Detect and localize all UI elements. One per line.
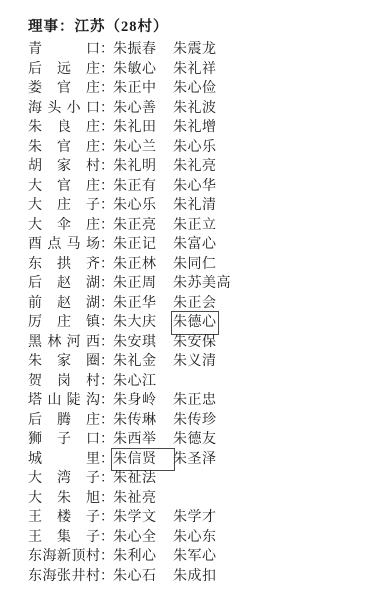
list-item: 大庄子：朱心乐朱礼清 [28,196,356,216]
director-name-2: 朱军心 [173,547,217,567]
village-name: 酉点马场 [28,235,100,255]
director-name-2: 朱义清 [173,352,217,372]
village-name: 塔山陡沟 [28,391,100,411]
list-item: 大伞庄：朱正亮朱正立 [28,216,356,236]
village-name: 胡家村 [28,157,100,177]
list-item: 朱良庄：朱礼田朱礼增 [28,118,356,138]
director-name-1: 朱礼明 [113,157,173,177]
village-name: 后赵湖 [28,274,100,294]
colon-separator: ： [100,430,113,450]
director-name-1: 朱心石 [113,567,173,587]
director-name-1: 朱心善 [113,99,173,119]
village-name: 青口 [28,40,100,60]
director-name-2: 朱礼增 [173,118,217,138]
director-name-1: 朱敏心 [113,60,173,80]
list-item: 东拱齐：朱正林朱同仁 [28,255,356,275]
director-name-1: 朱正有 [113,177,173,197]
directors-list: 青口：朱振春朱震龙 后远庄：朱敏心朱礼祥 娄官庄：朱正中朱心俭 海头小口：朱心善… [28,40,356,586]
list-item: 狮子口：朱西举朱德友 [28,430,356,450]
village-name: 大庄子 [28,196,100,216]
colon-separator: ： [100,313,113,333]
director-name-2: 朱圣泽 [173,450,217,470]
director-name-1: 朱心乐 [113,196,173,216]
director-name-1: 朱传琳 [113,411,173,431]
director-name-2: 朱正立 [173,216,217,236]
colon-separator: ： [100,391,113,411]
director-name-2: 朱苏美高 [173,274,231,294]
director-name-1: 朱正周 [113,274,173,294]
list-item: 大朱旭：朱祉亮 [28,489,356,509]
director-name-1: 朱正亮 [113,216,173,236]
list-item: 大湾子：朱祉法 [28,469,356,489]
list-item: 酉点马场：朱正记朱富心 [28,235,356,255]
village-name: 大伞庄 [28,216,100,236]
colon-separator: ： [100,157,113,177]
list-item: 大官庄：朱正有朱心华 [28,177,356,197]
colon-separator: ： [100,196,113,216]
colon-separator: ： [100,294,113,314]
list-item: 朱官庄：朱心兰朱心乐 [28,138,356,158]
colon-separator: ： [100,469,113,489]
village-name: 王楼子 [28,508,100,528]
colon-separator: ： [100,333,113,353]
list-item: 东海新顶村：朱利心朱军心 [28,547,356,567]
list-item: 娄官庄：朱正中朱心俭 [28,79,356,99]
director-name-1: 朱安琪 [113,333,173,353]
director-name-1: 朱正林 [113,255,173,275]
list-item: 胡家村：朱礼明朱礼亮 [28,157,356,177]
director-name-2: 朱德友 [173,430,217,450]
director-name-1: 朱祉亮 [113,489,173,509]
list-item: 黑林河西：朱安琪朱安保 [28,333,356,353]
colon-separator: ： [100,508,113,528]
list-item: 王楼子：朱学文朱学才 [28,508,356,528]
list-item: 朱家圈：朱礼金朱义清 [28,352,356,372]
director-name-2: 朱心俭 [173,79,217,99]
list-item: 贺岗村：朱心江 [28,372,356,392]
village-name: 王集子 [28,528,100,548]
village-name: 后远庄 [28,60,100,80]
village-name: 城里 [28,450,100,470]
page-title: 理事：江苏（28村） [28,16,356,38]
director-name-2: 朱心乐 [173,138,217,158]
director-name-2: 朱同仁 [173,255,217,275]
colon-separator: ： [100,138,113,158]
director-name-1: 朱振春 [113,40,173,60]
document-page: 理事：江苏（28村） 青口：朱振春朱震龙 后远庄：朱敏心朱礼祥 娄官庄：朱正中朱… [0,0,366,610]
director-name-2: 朱成扣 [173,567,217,587]
village-name: 东海张井村 [28,567,100,587]
colon-separator: ： [100,352,113,372]
director-name-1: 朱祉法 [113,469,173,489]
colon-separator: ： [100,528,113,548]
director-name-1: 朱利心 [113,547,173,567]
list-item: 东海张井村：朱心石朱成扣 [28,567,356,587]
director-name-1: 朱礼田 [113,118,173,138]
village-name: 朱官庄 [28,138,100,158]
list-item: 后腾庄：朱传琳朱传珍 [28,411,356,431]
colon-separator: ： [100,177,113,197]
colon-separator: ： [100,255,113,275]
colon-separator: ： [100,274,113,294]
village-name: 大湾子 [28,469,100,489]
director-name-1: 朱身岭 [113,391,173,411]
list-item: 厉庄镇：朱大庆朱德心 [28,313,356,333]
village-name: 东拱齐 [28,255,100,275]
director-name-1: 朱心全 [113,528,173,548]
director-name-2: 朱礼波 [173,99,217,119]
director-name-1: 朱西举 [113,430,173,450]
list-item: 海头小口：朱心善朱礼波 [28,99,356,119]
colon-separator: ： [100,411,113,431]
list-item: 前赵湖：朱正华朱正会 [28,294,356,314]
director-name-2: 朱传珍 [173,411,217,431]
colon-separator: ： [100,450,113,470]
village-name: 大朱旭 [28,489,100,509]
director-name-1: 朱礼金 [113,352,173,372]
director-name-1: 朱学文 [113,508,173,528]
village-name: 朱家圈 [28,352,100,372]
director-name-2: 朱学才 [173,508,217,528]
colon-separator: ： [100,567,113,587]
village-name: 厉庄镇 [28,313,100,333]
director-name-2: 朱心东 [173,528,217,548]
colon-separator: ： [100,60,113,80]
director-name-2: 朱心华 [173,177,217,197]
village-name: 前赵湖 [28,294,100,314]
director-name-2: 朱安保 [173,333,217,353]
colon-separator: ： [100,99,113,119]
list-item: 王集子：朱心全朱心东 [28,528,356,548]
village-name: 海头小口 [28,99,100,119]
village-name: 大官庄 [28,177,100,197]
director-name-1: 朱信贤 [113,450,173,470]
director-name-1: 朱正中 [113,79,173,99]
director-name-2: 朱正忠 [173,391,217,411]
director-name-2: 朱正会 [173,294,217,314]
colon-separator: ： [100,489,113,509]
list-item: 青口：朱振春朱震龙 [28,40,356,60]
village-name: 狮子口 [28,430,100,450]
director-name-2: 朱震龙 [173,40,217,60]
director-name-2: 朱富心 [173,235,217,255]
list-item: 后赵湖：朱正周朱苏美高 [28,274,356,294]
village-name: 朱良庄 [28,118,100,138]
colon-separator: ： [100,547,113,567]
list-item: 后远庄：朱敏心朱礼祥 [28,60,356,80]
colon-separator: ： [100,40,113,60]
village-name: 娄官庄 [28,79,100,99]
colon-separator: ： [100,79,113,99]
director-name-2: 朱礼亮 [173,157,217,177]
director-name-1: 朱正记 [113,235,173,255]
colon-separator: ： [100,216,113,236]
director-name-1: 朱大庆 [113,313,173,333]
director-name-1: 朱正华 [113,294,173,314]
village-name: 后腾庄 [28,411,100,431]
director-name-2: 朱德心 [173,313,217,333]
colon-separator: ： [100,118,113,138]
director-name-1: 朱心兰 [113,138,173,158]
director-name-2: 朱礼清 [173,196,217,216]
village-name: 黑林河西 [28,333,100,353]
list-item: 塔山陡沟：朱身岭朱正忠 [28,391,356,411]
colon-separator: ： [100,235,113,255]
director-name-2: 朱礼祥 [173,60,217,80]
village-name: 贺岗村 [28,372,100,392]
village-name: 东海新顶村 [28,547,100,567]
director-name-1: 朱心江 [113,372,173,392]
list-item: 城里：朱信贤朱圣泽 [28,450,356,470]
colon-separator: ： [100,372,113,392]
